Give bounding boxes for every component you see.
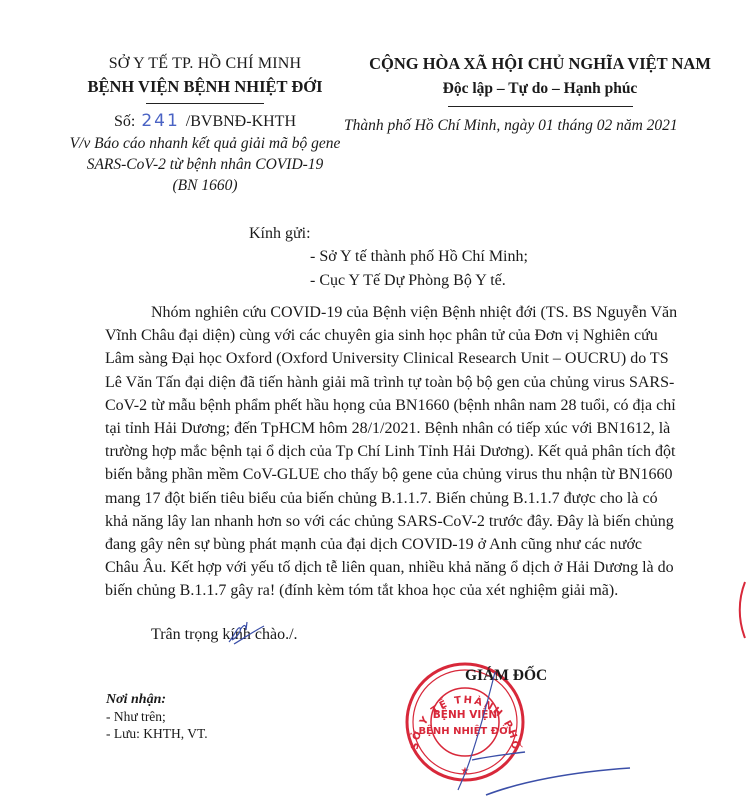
- edge-stamp-fragment-icon: [736, 580, 746, 640]
- body-line: Lâm sàng Đại học Oxford (Oxford Universi…: [105, 347, 680, 370]
- body-line: Vĩnh Châu đại diện) cùng với các chuyên …: [105, 324, 680, 347]
- issuer-header: SỞ Y TẾ TP. HỒ CHÍ MINH BỆNH VIỆN BỆNH N…: [60, 52, 350, 196]
- recipient-item: - Cục Y Tế Dự Phòng Bộ Y tế.: [310, 272, 506, 290]
- body-line: biến chủng B.1.1.7 gây ra! (đính kèm tóm…: [105, 579, 680, 602]
- header-divider: [146, 103, 264, 104]
- hospital-name: BỆNH VIỆN BỆNH NHIỆT ĐỚI: [60, 76, 350, 98]
- body-line: khả năng lây lan nhanh hơn so với các ch…: [105, 510, 680, 533]
- recipient-item: - Sở Y tế thành phố Hồ Chí Minh;: [310, 248, 528, 266]
- number-suffix: /BVBNĐ-KHTH: [186, 113, 296, 130]
- body-line: CoV-2 từ mẫu bệnh phẩm phết hầu họng của…: [105, 394, 680, 417]
- greeting: Kính gửi:: [249, 225, 311, 243]
- body-paragraph: Nhóm nghiên cứu COVID-19 của Bệnh viện B…: [105, 301, 680, 603]
- motto-divider: [448, 106, 633, 107]
- body-line: trường hợp mắc bệnh tại ổ dịch của Tp Ch…: [105, 440, 680, 463]
- signature-icon: [400, 660, 640, 797]
- place-date: Thành phố Hồ Chí Minh, ngày 01 tháng 02 …: [344, 115, 730, 137]
- handwritten-number: 241: [141, 111, 179, 131]
- distribution-item: - Như trên;: [106, 708, 208, 725]
- distribution-item: - Lưu: KHTH, VT.: [106, 725, 208, 742]
- distribution-label: Nơi nhận:: [106, 691, 208, 708]
- document-number: Số: 241/BVBNĐ-KHTH: [60, 110, 350, 133]
- subject-line: SARS-CoV-2 từ bệnh nhân COVID-19: [60, 154, 350, 175]
- body-line: đang gây nên sự bùng phát mạnh của đại d…: [105, 533, 680, 556]
- body-line: Châu Âu. Kết hợp với yếu tố dịch tễ liên…: [105, 556, 680, 579]
- department-name: SỞ Y TẾ TP. HỒ CHÍ MINH: [60, 52, 350, 76]
- body-line: tại tỉnh Hải Dương; đến TpHCM hôm 28/1/2…: [105, 417, 680, 440]
- nation-title: CỘNG HÒA XÃ HỘI CHỦ NGHĨA VIỆT NAM: [350, 52, 730, 76]
- body-line: Nhóm nghiên cứu COVID-19 của Bệnh viện B…: [105, 301, 680, 324]
- number-prefix: Số:: [114, 113, 135, 130]
- body-line: Lê Văn Tấn đại diện đã tiến hành giải mã…: [105, 371, 680, 394]
- body-line: mang 17 đột biến tiêu biểu của biến chủn…: [105, 487, 680, 510]
- national-header: CỘNG HÒA XÃ HỘI CHỦ NGHĨA VIỆT NAM Độc l…: [350, 52, 730, 137]
- initials-mark-icon: [226, 618, 266, 646]
- closing-salutation: Trân trọng kính chào./.: [151, 626, 298, 644]
- subject-line: V/v Báo cáo nhanh kết quả giải mã bộ gen…: [60, 133, 350, 154]
- body-line: biến bằng phần mềm CoV-GLUE cho thấy bộ …: [105, 463, 680, 486]
- national-motto: Độc lập – Tự do – Hạnh phúc: [350, 78, 730, 100]
- distribution-list: Nơi nhận: - Như trên; - Lưu: KHTH, VT.: [106, 691, 208, 742]
- subject-line: (BN 1660): [60, 175, 350, 196]
